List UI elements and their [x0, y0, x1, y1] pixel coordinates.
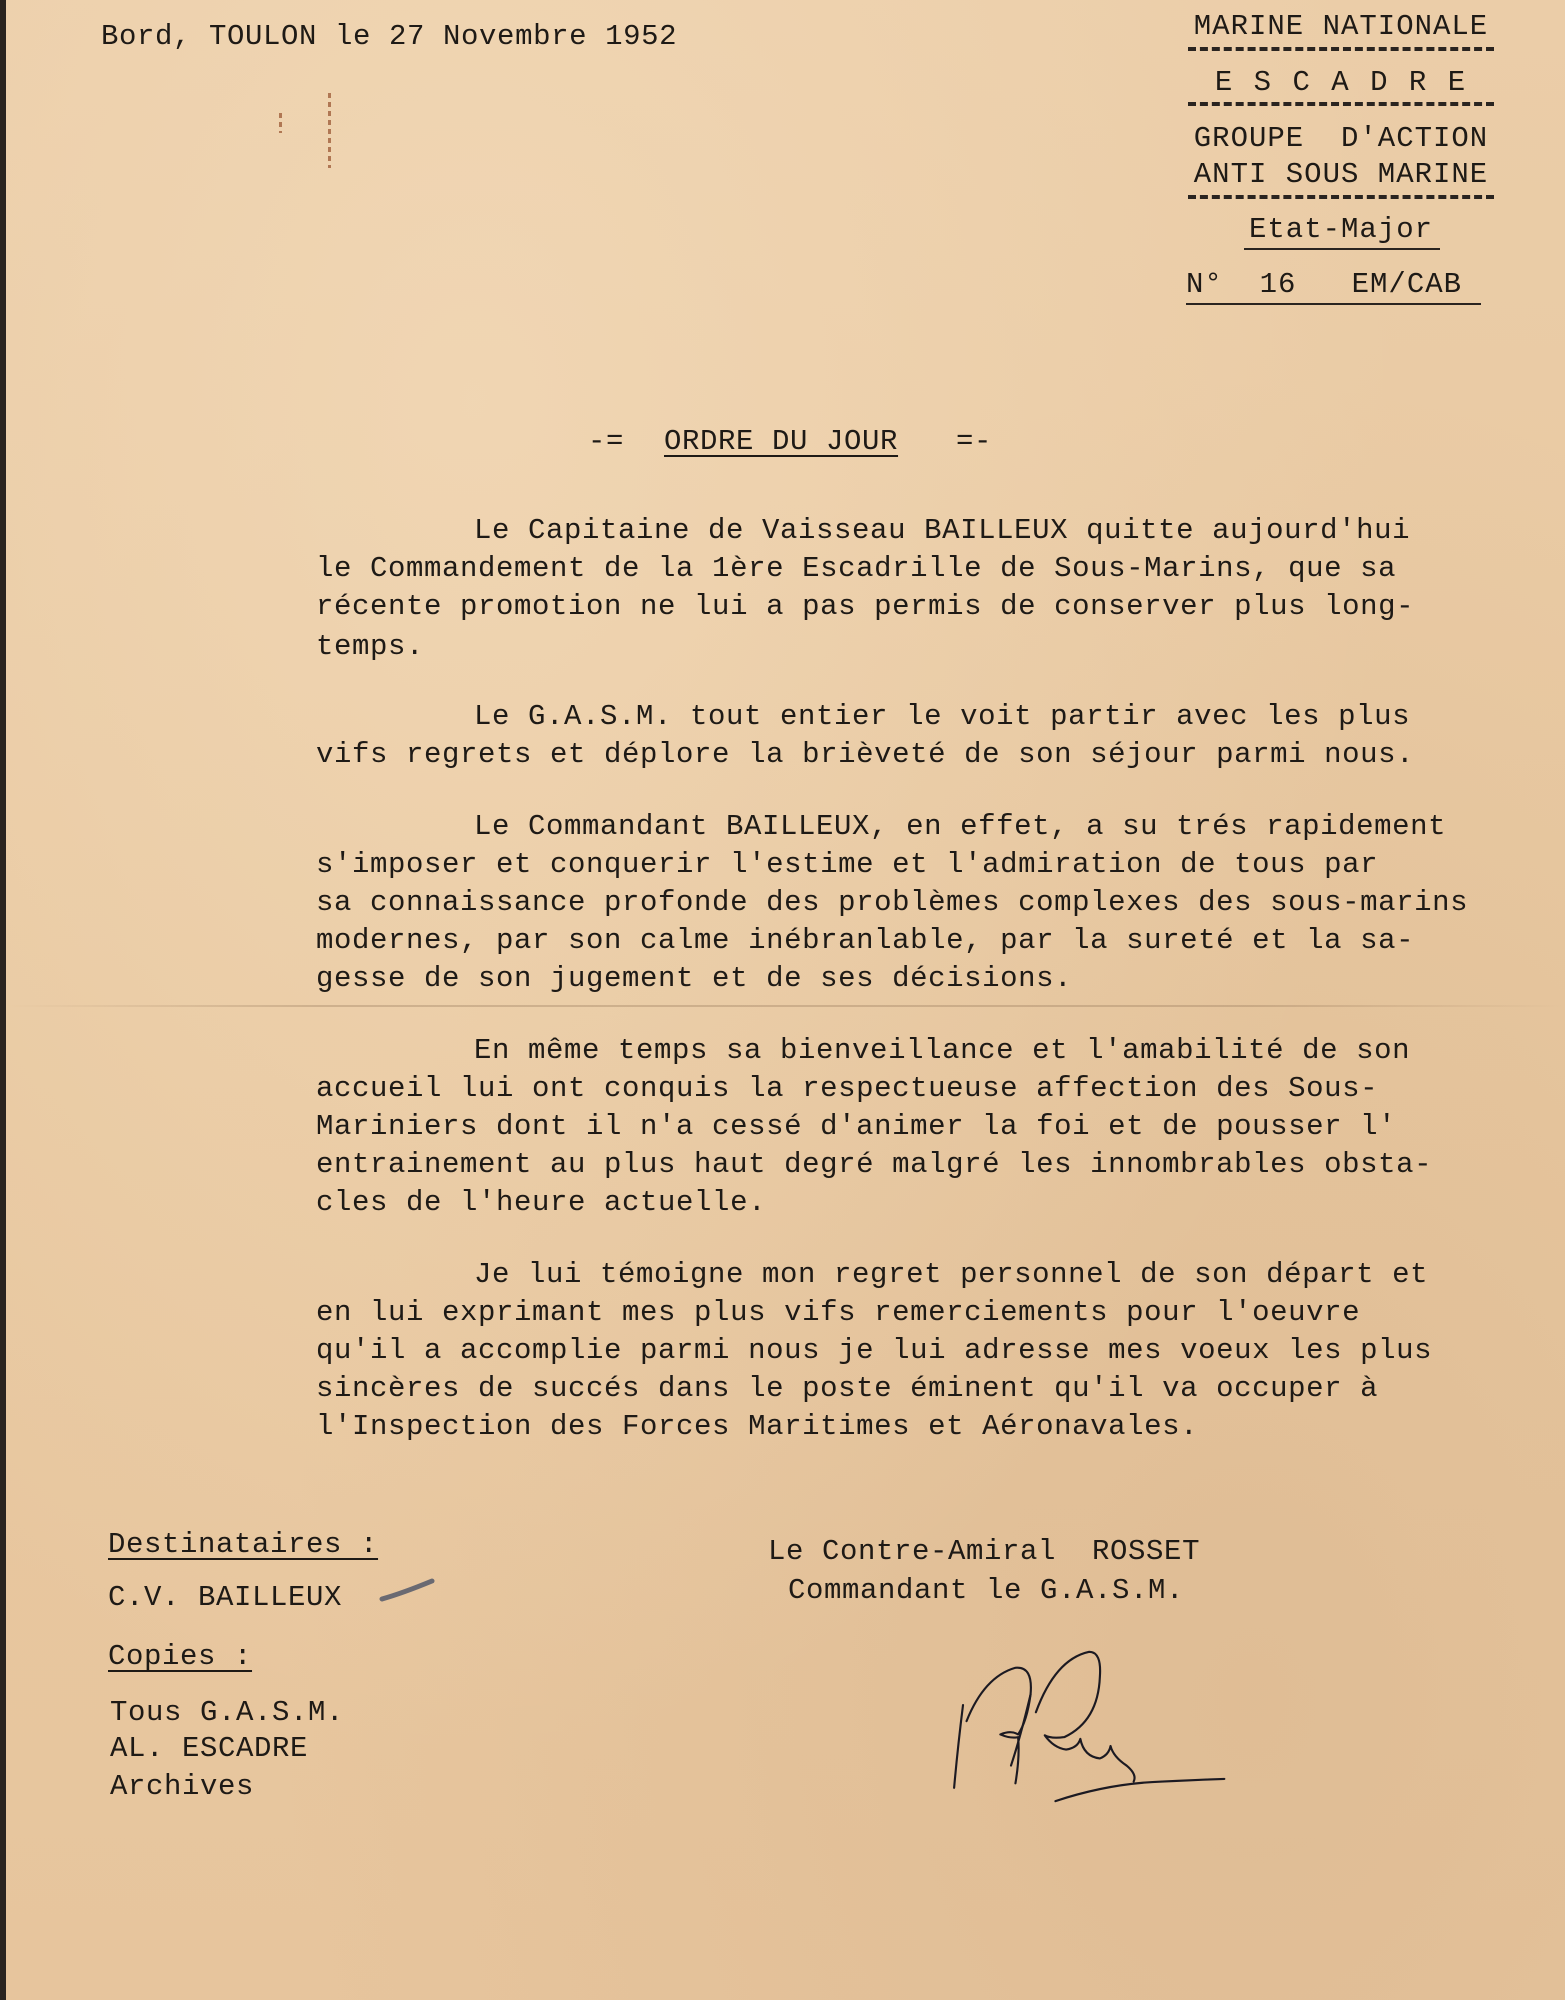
letterhead-divider: [1188, 102, 1494, 106]
signatory-title: Commandant le G.A.S.M.: [788, 1576, 1184, 1605]
paragraph-5-line: en lui exprimant mes plus vifs remerciem…: [316, 1298, 1360, 1327]
letterhead-groupe-action: GROUPE D'ACTION: [1186, 124, 1496, 153]
letterhead-escadre: E S C A D R E: [1186, 68, 1496, 97]
copies-item: AL. ESCADRE: [110, 1734, 308, 1763]
signatory-rank-name: Le Contre-Amiral ROSSET: [768, 1537, 1200, 1566]
paragraph-5-line: l'Inspection des Forces Maritimes et Aér…: [316, 1412, 1198, 1441]
letterhead-underline: [1186, 303, 1481, 305]
paragraph-5-line: qu'il a accomplie parmi nous je lui adre…: [316, 1336, 1432, 1365]
paragraph-5-line: Je lui témoigne mon regret personnel de …: [474, 1260, 1428, 1289]
paragraph-3-line: s'imposer et conquerir l'estime et l'adm…: [316, 850, 1378, 879]
recipient-item: C.V. BAILLEUX: [108, 1583, 342, 1612]
copies-label: Copies :: [108, 1642, 252, 1671]
letterhead-anti-sous-marine: ANTI SOUS MARINE: [1186, 160, 1496, 189]
letterhead-reference-number: N° 16 EM/CAB: [1186, 270, 1486, 299]
paragraph-2-line: vifs regrets et déplore la brièveté de s…: [316, 740, 1414, 769]
paragraph-4-line: accueil lui ont conquis la respectueuse …: [316, 1074, 1378, 1103]
letterhead-divider: [1188, 47, 1494, 51]
paragraph-3-line: gesse de son jugement et de ses décision…: [316, 964, 1072, 993]
title-ornament-left: -=: [588, 427, 624, 456]
paragraph-3-line: modernes, par son calme inébranlable, pa…: [316, 926, 1414, 955]
paragraph-1-line: Le Capitaine de Vaisseau BAILLEUX quitte…: [474, 516, 1410, 545]
letterhead-divider: [1188, 195, 1494, 199]
paragraph-3-line: sa connaissance profonde des problèmes c…: [316, 888, 1468, 917]
copies-item: Archives: [110, 1772, 254, 1801]
paper-fold-line: [6, 1005, 1565, 1007]
paragraph-1-line: récente promotion ne lui a pas permis de…: [316, 592, 1414, 621]
paragraph-2-line: Le G.A.S.M. tout entier le voit partir a…: [474, 702, 1410, 731]
paragraph-4-line: En même temps sa bienveillance et l'amab…: [474, 1036, 1410, 1065]
letter-page: Bord, TOULON le 27 Novembre 1952 MARINE …: [0, 0, 1565, 2000]
rust-mark: [328, 93, 331, 168]
letterhead-underline: [1244, 248, 1440, 250]
rust-mark: [279, 113, 282, 133]
title-ornament-right: =-: [956, 427, 992, 456]
title-text: ORDRE DU JOUR: [664, 427, 898, 456]
handwritten-signature: [931, 1630, 1251, 1830]
copies-item: Tous G.A.S.M.: [110, 1698, 344, 1727]
letterhead-etat-major: Etat-Major: [1241, 215, 1441, 244]
letterhead-marine-nationale: MARINE NATIONALE: [1186, 12, 1496, 41]
paragraph-1-line: le Commandement de la 1ère Escadrille de…: [316, 554, 1396, 583]
paragraph-4-line: cles de l'heure actuelle.: [316, 1188, 766, 1217]
paragraph-4-line: entrainement au plus haut degré malgré l…: [316, 1150, 1432, 1179]
place-date: Bord, TOULON le 27 Novembre 1952: [101, 22, 677, 51]
pencil-tick-mark: [378, 1577, 438, 1605]
paragraph-4-line: Mariniers dont il n'a cessé d'animer la …: [316, 1112, 1396, 1141]
paragraph-1-line: temps.: [316, 632, 424, 661]
paragraph-3-line: Le Commandant BAILLEUX, en effet, a su t…: [474, 812, 1446, 841]
paragraph-5-line: sincères de succés dans le poste éminent…: [316, 1374, 1378, 1403]
recipients-label: Destinataires :: [108, 1530, 378, 1559]
